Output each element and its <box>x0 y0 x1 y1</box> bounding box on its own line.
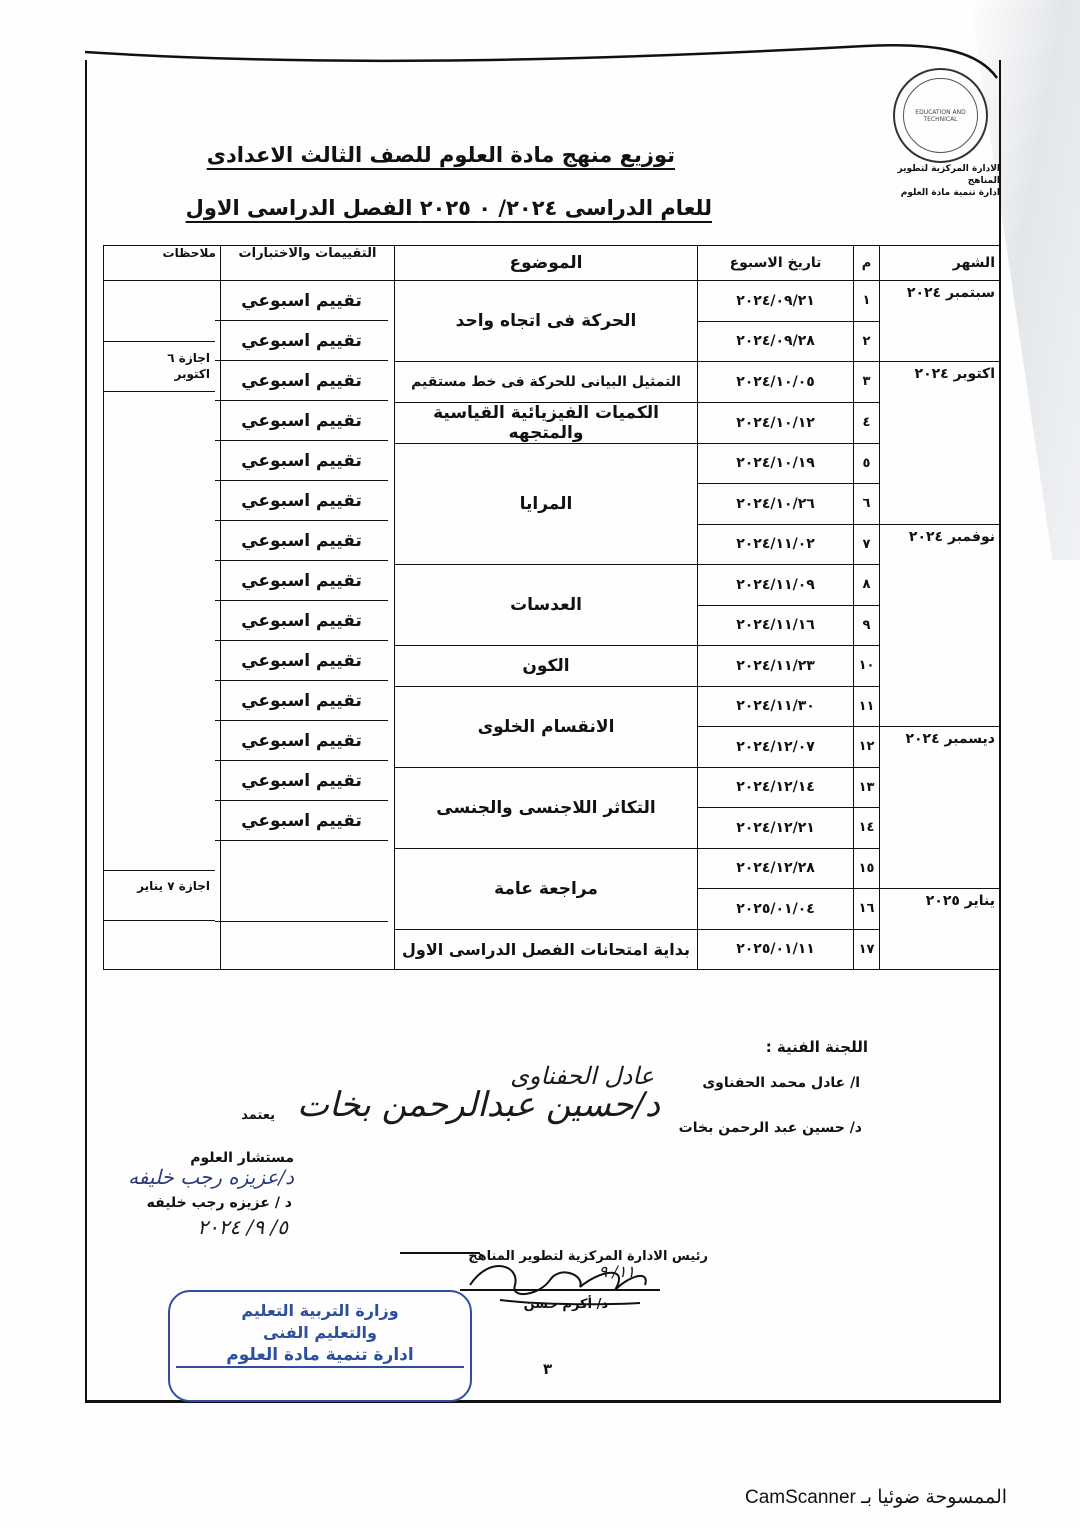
stamp-line1: وزارة التربية التعليم <box>170 1300 470 1322</box>
approval-title: مستشار العلوم <box>190 1150 294 1166</box>
logo-caption-line2: ادارة تنمية مادة العلوم <box>885 187 1000 199</box>
stamp-line2: والتعليم الفنى <box>170 1322 470 1344</box>
committee-label: اللجنة الفنية : <box>766 1038 868 1056</box>
assessment-cell: تقييم اسبوعي <box>215 521 388 561</box>
committee-member2-signature: د/حسين عبدالرحمن بخات <box>297 1085 660 1125</box>
week-num: ١٦ <box>854 889 880 930</box>
topic-cell: الانقسام الخلوى <box>395 686 698 767</box>
week-num: ٢ <box>854 321 880 362</box>
assessment-cell: تقييم اسبوعي <box>215 481 388 521</box>
header-date: تاريخ الاسبوع <box>698 246 854 281</box>
topic-cell: التمثيل البيانى للحركة فى خط مستقيم <box>395 362 698 403</box>
month-cell: اكتوبر ٢٠٢٤ <box>880 362 1000 525</box>
ministry-stamp: وزارة التربية التعليم والتعليم الفنى ادا… <box>168 1290 472 1402</box>
week-num: ١٤ <box>854 808 880 849</box>
week-num: ٤ <box>854 402 880 443</box>
assessment-cell: تقييم اسبوعي <box>215 721 388 761</box>
week-date: ٢٠٢٤/١١/٠٢ <box>698 524 854 565</box>
week-num: ٧ <box>854 524 880 565</box>
head-signature-date: ١١/ ٩ <box>599 1262 635 1281</box>
logo-text: EDUCATION AND TECHNICAL <box>904 109 977 123</box>
approval-name: د / عزيزه رجب خليفه <box>147 1195 292 1211</box>
assessment-cell: تقييم اسبوعي <box>215 321 388 361</box>
approval-date: ٥/ ٩/ ٢٠٢٤ <box>197 1215 288 1239</box>
week-date: ٢٠٢٤/١١/١٦ <box>698 605 854 646</box>
assessment-cell: تقييم اسبوعي <box>215 441 388 481</box>
note-october-holiday: اجازة ٦ اكتوبر <box>110 350 210 382</box>
ministry-logo-emblem: EDUCATION AND TECHNICAL <box>903 78 978 153</box>
topic-cell: الكميات الفيزيائية القياسية والمتجهه <box>395 402 698 443</box>
week-date: ٢٠٢٤/١٠/١٩ <box>698 443 854 484</box>
month-cell: نوفمبر ٢٠٢٤ <box>880 524 1000 727</box>
notes-column <box>104 281 221 970</box>
week-date: ٢٠٢٥/٠١/٠٤ <box>698 889 854 930</box>
note-january-holiday: اجازة ٧ يناير <box>110 878 210 894</box>
assessment-cell: تقييم اسبوعي <box>215 601 388 641</box>
head-name: د/ أكرم حسن <box>524 1297 608 1312</box>
month-cell: سبتمبر ٢٠٢٤ <box>880 281 1000 362</box>
stamp-line3: ادارة تنمية مادة العلوم <box>176 1344 464 1368</box>
assessment-cell: تقييم اسبوعي <box>215 281 388 321</box>
note-october-line2: اكتوبر <box>110 366 210 382</box>
week-date: ٢٠٢٤/١٢/١٤ <box>698 767 854 808</box>
week-date: ٢٠٢٤/١١/٢٣ <box>698 646 854 687</box>
notes-divider <box>103 391 215 392</box>
topic-cell: الحركة فى اتجاه واحد <box>395 281 698 362</box>
week-date: ٢٠٢٤/١٢/٢١ <box>698 808 854 849</box>
table-header-row: الشهر م تاريخ الاسبوع الموضوع التقييمات … <box>104 246 1000 281</box>
week-date: ٢٠٢٤/١٢/٠٧ <box>698 727 854 768</box>
page-subtitle: للعام الدراسى ٢٠٢٤/ ٠ ٢٠٢٥ الفصل الدراسى… <box>186 196 712 220</box>
assessment-divider <box>215 921 388 922</box>
committee-member1: ا/ عادل محمد الحفناوى <box>702 1075 860 1091</box>
assessment-cell: تقييم اسبوعي <box>215 361 388 401</box>
committee-member2: د/ حسين عبد الرحمن بخات <box>679 1120 862 1136</box>
week-date: ٢٠٢٤/٠٩/٢١ <box>698 281 854 322</box>
topic-cell: العدسات <box>395 565 698 646</box>
topic-cell: مراجعة عامة <box>395 848 698 929</box>
week-date: ٢٠٢٤/١١/٠٩ <box>698 565 854 606</box>
assessment-cell: تقييم اسبوعي <box>215 761 388 801</box>
note-october-line1: اجازة ٦ <box>110 350 210 366</box>
week-num: ٨ <box>854 565 880 606</box>
camscanner-watermark: الممسوحة ضوئيا بـ CamScanner <box>745 1486 1007 1509</box>
week-num: ٩ <box>854 605 880 646</box>
week-num: ١١ <box>854 686 880 727</box>
week-date: ٢٠٢٤/٠٩/٢٨ <box>698 321 854 362</box>
assessment-cell: تقييم اسبوعي <box>215 801 388 841</box>
assessment-cell: تقييم اسبوعي <box>215 641 388 681</box>
logo-caption-line1: الادارة المركزية لتطوير المناهج <box>885 163 1000 187</box>
week-num: ١٥ <box>854 848 880 889</box>
header-notes: ملاحظات <box>104 246 221 281</box>
week-num: ٣ <box>854 362 880 403</box>
week-num: ٥ <box>854 443 880 484</box>
assessment-cell: تقييم اسبوعي <box>215 681 388 721</box>
week-date: ٢٠٢٤/١٠/١٢ <box>698 402 854 443</box>
week-num: ١ <box>854 281 880 322</box>
notes-divider <box>103 870 215 871</box>
logo-caption: الادارة المركزية لتطوير المناهج ادارة تن… <box>885 163 1000 199</box>
week-num: ١٣ <box>854 767 880 808</box>
approval-label: يعتمد <box>241 1108 275 1123</box>
topic-cell: التكاثر اللاجنسى والجنسى <box>395 767 698 848</box>
month-cell: يناير ٢٠٢٥ <box>880 889 1000 970</box>
header-assessments: التقييمات والاختبارات <box>221 246 395 281</box>
week-date: ٢٠٢٤/١٠/٠٥ <box>698 362 854 403</box>
approval-signature: د/عزيزه رجب خليفه <box>128 1165 294 1189</box>
notes-divider <box>103 341 215 342</box>
assessment-cell: تقييم اسبوعي <box>215 401 388 441</box>
week-num: ١٠ <box>854 646 880 687</box>
week-date: ٢٠٢٥/٠١/١١ <box>698 929 854 970</box>
header-month: الشهر <box>880 246 1000 281</box>
week-date: ٢٠٢٤/١١/٣٠ <box>698 686 854 727</box>
topic-cell: المرايا <box>395 443 698 565</box>
week-date: ٢٠٢٤/١٠/٢٦ <box>698 484 854 525</box>
notes-divider <box>103 920 215 921</box>
page-number: ٣ <box>543 1360 552 1378</box>
month-cell: ديسمبر ٢٠٢٤ <box>880 727 1000 889</box>
ministry-logo-seal: EDUCATION AND TECHNICAL <box>893 68 988 163</box>
header-topic: الموضوع <box>395 246 698 281</box>
topic-cell: الكون <box>395 646 698 687</box>
page-title: توزيع منهج مادة العلوم للصف الثالث الاعد… <box>207 143 675 167</box>
week-num: ١٢ <box>854 727 880 768</box>
topic-cell: بداية امتحانات الفصل الدراسى الاول <box>395 929 698 970</box>
header-num: م <box>854 246 880 281</box>
week-date: ٢٠٢٤/١٢/٢٨ <box>698 848 854 889</box>
assessment-cell: تقييم اسبوعي <box>215 561 388 601</box>
week-num: ٦ <box>854 484 880 525</box>
week-num: ١٧ <box>854 929 880 970</box>
